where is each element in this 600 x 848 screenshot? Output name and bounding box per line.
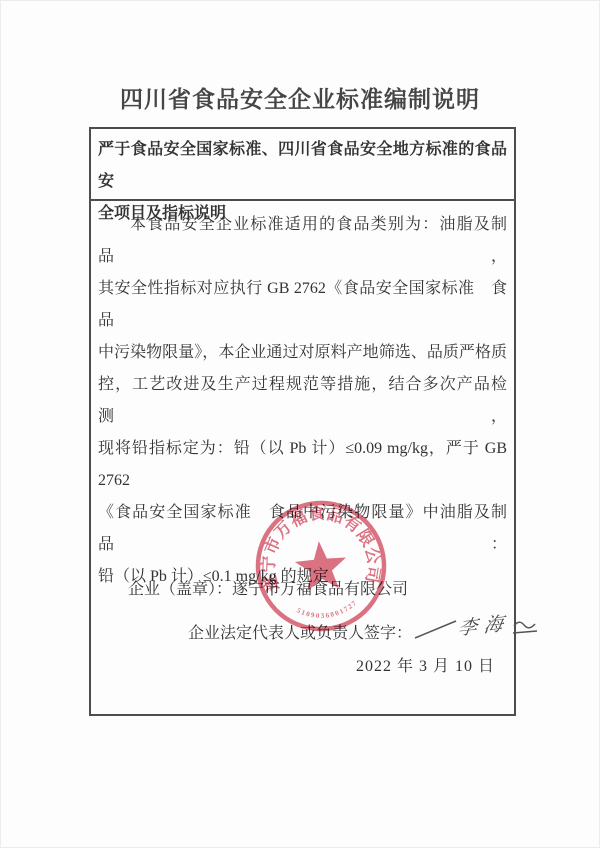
signature-name: 李海 (456, 608, 512, 646)
body-text-line: 现将铅指标定为：铅（以 Pb 计）≤0.09 mg/kg，严于 GB 2762 (98, 433, 507, 497)
page-title: 四川省食品安全企业标准编制说明 (1, 81, 599, 114)
body-text-line: 本食品安全企业标准适用的食品类别为：油脂及制品， (98, 209, 507, 273)
stamp-serial-number: 5109036001727 (295, 598, 361, 622)
header-text-line: 严于食品安全国家标准、四川省食品安全地方标准的食品安 (98, 134, 507, 198)
signature-flourish (510, 617, 540, 639)
document-page: 四川省食品安全企业标准编制说明 严于食品安全国家标准、四川省食品安全地方标准的食… (0, 0, 600, 848)
date-line: 2022 年 3 月 10 日 (356, 651, 495, 683)
standard-explanation-table: 严于食品安全国家标准、四川省食品安全地方标准的食品安 全项目及指标说明 本食品安… (89, 127, 516, 716)
company-seal-stamp: 遂宁市万福食品有限公司 5109036001727 (251, 496, 391, 636)
stamp-star-icon (293, 539, 348, 592)
company-label: 企业（盖章）： (128, 581, 232, 598)
body-text-line: 控，工艺改进及生产过程规范等措施，结合多次产品检测， (98, 369, 507, 433)
signature-lead-stroke (414, 616, 458, 640)
body-text-line: 中污染物限量》，本企业通过对原料产地筛选、品质严格质 (98, 337, 507, 369)
table-body-cell: 本食品安全企业标准适用的食品类别为：油脂及制品， 其安全性指标对应执行 GB 2… (91, 201, 514, 714)
signature-handwriting: 李海 (414, 611, 540, 644)
body-text-line: 其安全性指标对应执行 GB 2762《食品安全国家标准 食品 (98, 273, 507, 337)
table-header-cell: 严于食品安全国家标准、四川省食品安全地方标准的食品安 全项目及指标说明 (91, 129, 514, 201)
